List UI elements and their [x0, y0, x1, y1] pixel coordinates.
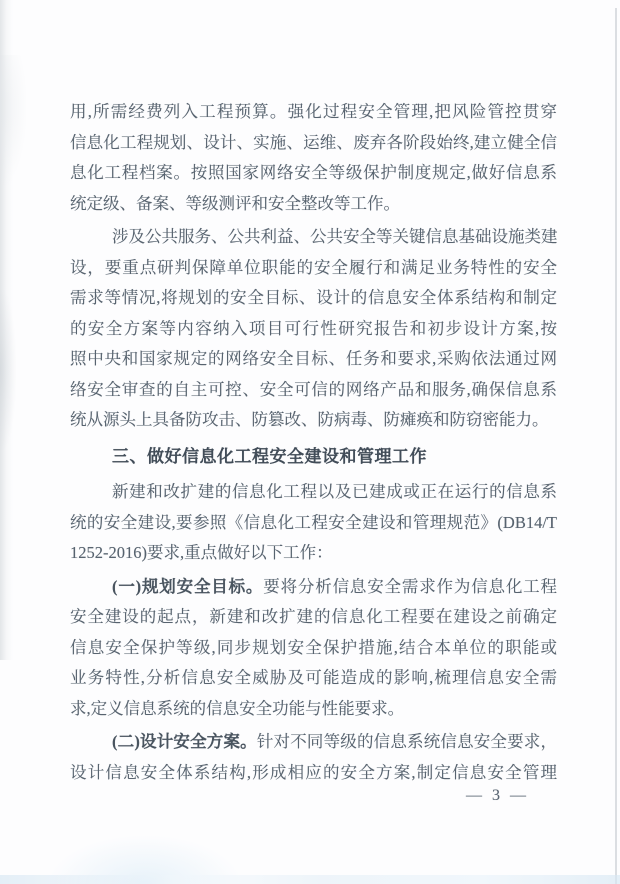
text-line: 业务特性,分析信息安全威胁及可能造成的影响,梳理信息安全需 — [70, 663, 557, 694]
text-line: 信息化工程规划、设计、实施、运维、废弃各阶段始终,建立健全信 — [70, 128, 557, 159]
text-line: 1252-2016)要求,重点做好以下工作： — [70, 538, 557, 569]
paragraph-new-and-rebuilt-projects: 新建和改扩建的信息化工程以及已建成或正在运行的信息系统的安全建设,要参照《信息化… — [70, 477, 557, 569]
paragraph-item-1-plan-security-goals: (一)规划安全目标。要将分析信息安全需求作为信息化工程安全建设的起点，新建和改扩… — [70, 572, 557, 725]
text-line: 安全建设的起点，新建和改扩建的信息化工程要在建设之前确定 — [70, 602, 557, 633]
paragraph-critical-infrastructure: 涉及公共服务、公共利益、公共安全等关键信息基础设施类建设，要重点研判保障单位职能… — [70, 222, 557, 436]
text-line: (二)设计安全方案。针对不同等级的信息系统信息安全要求， — [70, 727, 557, 758]
text-line: 求,定义信息系统的信息安全功能与性能要求。 — [70, 694, 557, 725]
bold-lead: (一)规划安全目标。 — [112, 577, 263, 596]
text-line: (一)规划安全目标。要将分析信息安全需求作为信息化工程 — [70, 572, 557, 603]
text-line: 统定级、备案、等级测评和安全整改等工作。 — [70, 189, 557, 220]
section-heading: 三、做好信息化工程安全建设和管理工作 — [70, 442, 557, 473]
page-body-text: 用,所需经费列入工程预算。强化过程安全管理,把风险管控贯穿信息化工程规划、设计、… — [70, 97, 557, 788]
document-page: 用,所需经费列入工程预算。强化过程安全管理,把风险管控贯穿信息化工程规划、设计、… — [0, 0, 620, 884]
paragraph-continuation: 用,所需经费列入工程预算。强化过程安全管理,把风险管控贯穿信息化工程规划、设计、… — [70, 97, 557, 219]
text-line: 新建和改扩建的信息化工程以及已建成或正在运行的信息系 — [70, 477, 557, 508]
scan-artifact-right-edge-line — [615, 8, 617, 884]
scan-artifact-left-blob — [0, 290, 16, 450]
text-line: 用,所需经费列入工程预算。强化过程安全管理,把风险管控贯穿 — [70, 97, 557, 128]
scan-artifact-bottom-left-blob — [50, 836, 240, 884]
text-line: 信息安全保护等级,同步规划安全保护措施,结合本单位的职能或 — [70, 633, 557, 664]
text-line: 照中央和国家规定的网络安全目标、任务和要求,采购依法通过网 — [70, 344, 557, 375]
scan-artifact-bottom-tint — [0, 875, 620, 884]
text-line: 息化工程档案。按照国家网络安全等级保护制度规定,做好信息系 — [70, 158, 557, 189]
text-line: 设计信息安全体系结构,形成相应的安全方案,制定信息安全管理 — [70, 758, 557, 789]
text-line: 涉及公共服务、公共利益、公共安全等关键信息基础设施类建 — [70, 222, 557, 253]
scan-artifact-topleft-blob — [0, 55, 26, 185]
page-number: — 3 — — [70, 787, 557, 805]
text-line: 统从源头上具备防攻击、防篡改、防病毒、防瘫痪和防窃密能力。 — [70, 405, 557, 436]
text-line: 的安全方案等内容纳入项目可行性研究报告和初步设计方案,按 — [70, 314, 557, 345]
text-line: 设，要重点研判保障单位职能的安全履行和满足业务特性的安全 — [70, 253, 557, 284]
paragraph-item-2-design-security-scheme: (二)设计安全方案。针对不同等级的信息系统信息安全要求，设计信息安全体系结构,形… — [70, 727, 557, 788]
text-line: 需求等情况,将规划的安全目标、设计的信息安全体系结构和制定 — [70, 283, 557, 314]
scan-artifact-left-edge — [0, 0, 13, 660]
text-line: 统的安全建设,要参照《信息化工程安全建设和管理规范》(DB14/T — [70, 508, 557, 539]
bold-lead: (二)设计安全方案。 — [112, 732, 257, 751]
text-line: 络安全审查的自主可控、安全可信的网络产品和服务,确保信息系 — [70, 375, 557, 406]
